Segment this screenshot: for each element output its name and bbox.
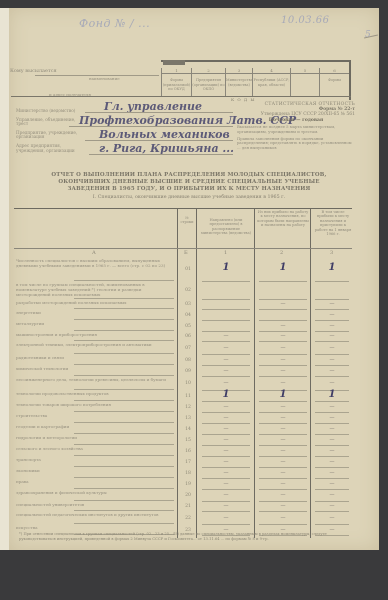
row-label: в том числе по группам специальностей, п… — [16, 283, 174, 298]
cell-c1: — — [200, 380, 252, 386]
cell-c1: — — [200, 357, 252, 363]
row-label: электронной техники, электроприборострое… — [16, 343, 174, 348]
enterprise-label: Предприятие, учреждение, организация — [16, 131, 86, 140]
header-col1: Направлено (или предоставлено) в распоря… — [200, 218, 252, 236]
row-code: 12 — [180, 405, 196, 410]
row-code: 20 — [180, 493, 196, 498]
codes-label-block — [163, 60, 185, 65]
cell-c3: — — [313, 492, 351, 498]
row-code: 05 — [180, 324, 196, 329]
row-label-line — [74, 308, 174, 309]
row-label-line — [74, 466, 174, 467]
row-code: 13 — [180, 416, 196, 421]
cell-c1: — — [200, 368, 252, 374]
table-row: радиотехники и связи08——— — [14, 355, 352, 366]
row-code: 03 — [180, 302, 196, 307]
cell-c2: — — [257, 481, 309, 487]
table-row: в том числе по группам специальностей, п… — [14, 282, 352, 300]
cell-c1: — — [200, 492, 252, 498]
statistical-reporting-block: СТАТИСТИЧЕСКАЯ ОТЧЕТНОСТЬ Форма № 22-т У… — [237, 102, 355, 151]
colnum-1: 1 — [224, 250, 227, 256]
cell-c2: — — [257, 503, 309, 509]
cell-c2: — — [257, 301, 309, 307]
table-row: металлургии05—— — [14, 321, 352, 332]
row-label: искусства — [16, 526, 174, 531]
cell-c2: — — [257, 515, 309, 521]
table-row: здравоохранения и физической культуры20—… — [14, 490, 352, 502]
header-col3: В том числе прибыли к месту назначения и… — [313, 210, 353, 236]
cell-c2: — — [257, 470, 309, 476]
row-label: технологии товаров широкого потребления — [16, 403, 174, 408]
row-label-line — [74, 500, 174, 501]
cell-c1: — — [200, 437, 252, 443]
cell-c1: — — [200, 345, 252, 351]
cell-c1: 1 — [200, 389, 252, 400]
cell-c2: — — [257, 357, 309, 363]
title-line: ЗАВЕДЕНИЯ В 1965 ГОДУ, И О ПРИБЫТИИ ИХ К… — [31, 186, 347, 193]
report-title: ОТЧЕТ О ВЫПОЛНЕНИИ ПЛАНА РАСПРЕДЕЛЕНИЯ М… — [31, 172, 347, 201]
row-label-line — [74, 389, 174, 390]
row-label-line — [74, 280, 174, 281]
row-label: строительства — [16, 414, 174, 419]
row-code: 07 — [180, 346, 196, 351]
row-label: здравоохранения и физической культуры — [16, 491, 174, 496]
row-label: права — [16, 480, 174, 485]
stat-note-1: Высылается не позднее 5 марта министерст… — [237, 125, 355, 135]
row-code: 21 — [180, 504, 196, 509]
cell-c3: — — [313, 503, 351, 509]
cell-c3: — — [313, 448, 351, 454]
code-col-num: 2 — [191, 68, 225, 73]
code-col-desc: Формы (прилагаемой) по ОКУД — [161, 74, 191, 96]
code-col-num: 6 — [319, 68, 349, 73]
cell-c2: — — [257, 333, 309, 339]
address-line — [89, 154, 233, 155]
cell-c1: — — [200, 459, 252, 465]
cell-c1: — — [200, 426, 252, 432]
cell-c1: — — [200, 481, 252, 487]
cell-c3: 1 — [313, 389, 351, 400]
cell-c2: — — [257, 323, 309, 329]
cell-c3: — — [313, 368, 351, 374]
row-code: 02 — [180, 288, 196, 293]
table-row: права19——— — [14, 479, 352, 490]
row-label: транспорта — [16, 458, 174, 463]
codes-table: 1 2 3 4 5 6 Формы (прилагаемой) по ОКУД … — [161, 60, 351, 100]
code-col-desc — [290, 74, 319, 96]
cell-c3: — — [313, 470, 351, 476]
table-top-rule — [14, 208, 352, 209]
section-title: I. Специалисты, окончившие дневные высши… — [31, 194, 347, 201]
row-code: 17 — [180, 460, 196, 465]
colnum-label: А — [92, 250, 96, 256]
row-label-line — [74, 488, 174, 489]
address-label: Адрес предприятия, учреждения, организац… — [16, 144, 86, 153]
cell-c3: — — [313, 301, 351, 307]
table-row: специальностей университетов21——— — [14, 502, 352, 512]
code-col-desc: Предприятия (организации) по ОКПО — [191, 74, 225, 96]
cell-c3: — — [313, 426, 351, 432]
row-label-line — [74, 330, 174, 331]
code-col-desc: Министерства (ведомства) — [225, 74, 252, 96]
periodicity: Почтовая — годовая — [237, 118, 355, 123]
table-row: машиностроения и приборостроения06——— — [14, 332, 352, 342]
cell-c3: — — [313, 312, 351, 318]
row-code: 11 — [180, 394, 196, 399]
code-col-num: 1 — [161, 68, 191, 73]
row-label-line — [74, 353, 174, 354]
row-code: 18 — [180, 471, 196, 476]
cell-c3: — — [313, 404, 351, 410]
cell-c2: — — [257, 437, 309, 443]
row-code: 15 — [180, 438, 196, 443]
header-code: № строки — [179, 216, 195, 225]
date-annotation: 10.03.66 — [281, 15, 330, 26]
paper-edge-strip — [0, 8, 9, 550]
table-row: химической технологии09——— — [14, 366, 352, 377]
row-label: химической технологии — [16, 367, 174, 372]
table-row: экономики18——— — [14, 468, 352, 479]
table-row: гидрологии и метеорологии15——— — [14, 435, 352, 446]
row-label-line — [74, 319, 174, 320]
cell-c2: — — [257, 459, 309, 465]
row-label: металлургии — [16, 322, 174, 327]
row-code: 08 — [180, 358, 196, 363]
cell-c2: 1 — [257, 389, 309, 400]
row-label: специальностей педагогических институтов… — [16, 513, 174, 518]
header-col2: Из них прибыло на работу к месту назначе… — [257, 210, 309, 228]
cell-c2: — — [257, 448, 309, 454]
row-label: радиотехники и связи — [16, 356, 174, 361]
cell-c3: — — [313, 481, 351, 487]
row-label-line — [74, 375, 174, 376]
colnum-3: 3 — [330, 250, 333, 256]
row-code: 04 — [180, 313, 196, 318]
cell-c1: — — [200, 470, 252, 476]
addressee-label: Кому высылается — [10, 68, 57, 74]
row-label: специальностей университетов — [16, 503, 174, 508]
cell-c3: — — [313, 345, 351, 351]
row-label-line — [74, 455, 174, 456]
cell-c2: 1 — [257, 262, 309, 273]
row-label-line — [74, 298, 174, 299]
cell-c1: — — [200, 404, 252, 410]
cell-c3: — — [313, 459, 351, 465]
approval: Утверждена ЦСУ СССР 20/XII-65 № 561 — [237, 112, 355, 117]
cell-c1: — — [200, 415, 252, 421]
table-row: транспорта17——— — [14, 457, 352, 468]
row-label: геодезии и картографии — [16, 425, 174, 430]
row-label: разработки месторождений полезных ископа… — [16, 301, 174, 306]
trust-line — [69, 126, 233, 127]
row-code: 09 — [180, 369, 196, 374]
footnote: *) При отнесении специалистов к группам … — [19, 532, 344, 542]
report-table: № строки Направлено (или предоставлено) … — [14, 208, 352, 560]
cell-c1: — — [200, 515, 252, 521]
row-label-line — [74, 510, 174, 511]
code-col-num: 3 — [225, 68, 252, 73]
row-label-line — [74, 422, 174, 423]
cell-c2: — — [257, 380, 309, 386]
row-label: экономики — [16, 469, 174, 474]
enterprise-line — [85, 140, 233, 141]
cell-c2: — — [257, 415, 309, 421]
table-row: технологии товаров широкого потребления1… — [14, 402, 352, 413]
colnum-2: 2 — [280, 250, 283, 256]
table-row: электронной техники, электроприборострое… — [14, 342, 352, 355]
colnum-code: Б — [184, 250, 188, 256]
codes-baseline — [11, 96, 351, 97]
cell-c2: — — [257, 404, 309, 410]
cell-c3: — — [313, 437, 351, 443]
cell-c3: — — [313, 515, 351, 521]
row-code: 16 — [180, 449, 196, 454]
cell-c2: — — [257, 426, 309, 432]
table-row: энергетики04— — [14, 310, 352, 321]
ministry-line — [85, 112, 233, 113]
cell-c1: 1 — [200, 262, 252, 273]
table-row: сельского и лесного хозяйства16——— — [14, 446, 352, 457]
row-label-line — [74, 523, 174, 524]
row-label: лесоинженерного дела, технологии древеси… — [16, 378, 174, 383]
code-col-num: 4 — [252, 68, 290, 73]
table-row: разработки месторождений полезных ископа… — [14, 300, 352, 310]
code-col-num: 5 — [290, 68, 319, 73]
table-row: геодезии и картографии14——— — [14, 424, 352, 435]
addressee-sublabel: наименование — [89, 76, 120, 81]
cell-c2: — — [257, 492, 309, 498]
cell-c2: — — [257, 345, 309, 351]
pencil-annotation: Фонд № / ... — [79, 17, 150, 30]
cell-c3: — — [313, 333, 351, 339]
cell-c3: — — [313, 380, 351, 386]
form-page: Фонд № / ... 10.03.66 5 Кому высылается … — [9, 8, 379, 550]
row-label-line — [74, 411, 174, 412]
header-rule — [14, 248, 352, 249]
title-line: ОТЧЕТ О ВЫПОЛНЕНИИ ПЛАНА РАСПРЕДЕЛЕНИЯ М… — [31, 172, 347, 179]
row-code: 10 — [180, 381, 196, 386]
row-label-line — [74, 433, 174, 434]
cell-c3: — — [313, 357, 351, 363]
row-code: 22 — [180, 516, 196, 521]
code-col-desc: Формы — [319, 74, 349, 96]
row-label-line — [74, 364, 174, 365]
row-label: сельского и лесного хозяйства — [16, 447, 174, 452]
table-row: специальностей педагогических институтов… — [14, 512, 352, 525]
row-label-line — [74, 444, 174, 445]
row-code: 14 — [180, 427, 196, 432]
table-row: строительства13——— — [14, 413, 352, 424]
cell-c3: — — [313, 415, 351, 421]
row-label: машиностроения и приборостроения — [16, 333, 174, 338]
row-label-line — [74, 340, 174, 341]
field-labels: Министерство (ведомство) Управление, объ… — [16, 106, 86, 153]
table-row: Численность специалистов с высшим образо… — [14, 258, 352, 282]
row-label: Численность специалистов с высшим образо… — [16, 259, 174, 269]
row-label-line — [74, 400, 174, 401]
row-code: 19 — [180, 482, 196, 487]
row-code: 01 — [180, 267, 196, 272]
cell-c1: — — [200, 503, 252, 509]
stat-note-2: Правила заполнения формы по окончании ра… — [237, 137, 355, 151]
row-code: 06 — [180, 334, 196, 339]
page-number: 5 — [365, 30, 371, 40]
cell-c1: — — [200, 448, 252, 454]
cell-c3: 1 — [313, 262, 351, 273]
row-label: энергетики — [16, 311, 174, 316]
ministry-label: Министерство (ведомство) — [16, 109, 86, 114]
cell-c2: — — [257, 368, 309, 374]
title-line: ОКОНЧИВШИХ ДНЕВНЫЕ ВЫСШИЕ И СРЕДНИЕ СПЕЦ… — [31, 179, 347, 186]
table-row: технологии продовольственных продуктов11… — [14, 391, 352, 402]
row-label: технологии продовольственных продуктов — [16, 392, 174, 397]
row-label: гидрологии и метеорологии — [16, 436, 174, 441]
code-col-desc: Республики (АССР, края, области) — [252, 74, 290, 96]
cell-c1: — — [200, 333, 252, 339]
cell-c3: — — [313, 323, 351, 329]
row-label-line — [74, 477, 174, 478]
codes-column-descriptions: Формы (прилагаемой) по ОКУД Предприятия … — [161, 74, 349, 96]
